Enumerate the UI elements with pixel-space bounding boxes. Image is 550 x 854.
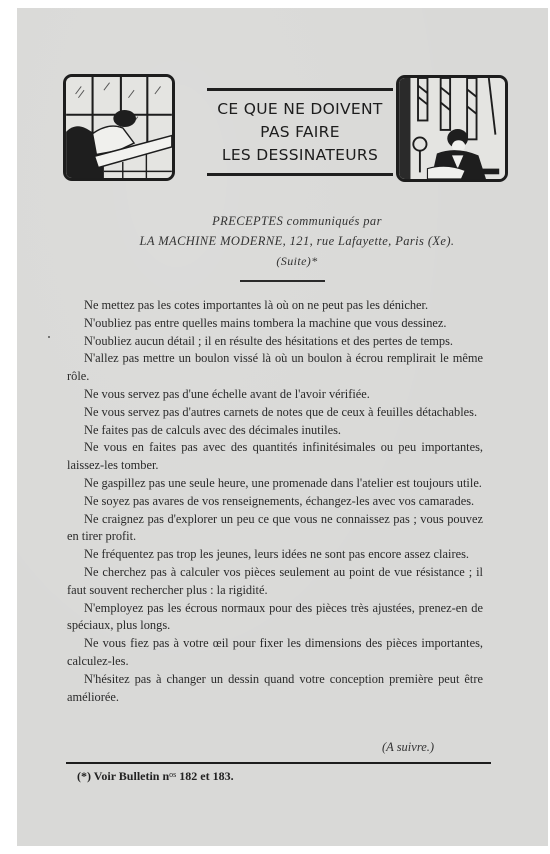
precept-3: N'oubliez aucun détail ; il en résulte d… (67, 333, 483, 351)
title-line-3: LES DESSINATEURS (205, 144, 395, 167)
precept-10: Ne soyez pas avares de vos renseignement… (67, 493, 483, 511)
scanned-page: CE QUE NE DOIVENT PAS FAIRE LES DESSINAT… (17, 8, 548, 846)
footnote: (*) Voir Bulletin nos 182 et 183. (77, 769, 234, 784)
footnote-numbers: 182 et 183. (176, 769, 233, 783)
draftsman-workshop-illustration (396, 75, 508, 182)
footnote-rule (66, 762, 491, 764)
precept-8: Ne vous en faites pas avec des quantités… (67, 439, 483, 475)
article-title: CE QUE NE DOIVENT PAS FAIRE LES DESSINAT… (205, 88, 395, 176)
title-rule-bottom (207, 173, 393, 176)
precept-11: Ne craignez pas d'explorer un peu ce que… (67, 511, 483, 547)
precept-1: Ne mettez pas les cotes importantes là o… (67, 297, 483, 315)
precept-6: Ne vous servez pas d'autres carnets de n… (67, 404, 483, 422)
draftsman-drawing-illustration (63, 74, 175, 181)
section-divider (240, 280, 325, 282)
title-line-2: PAS FAIRE (205, 121, 395, 144)
precept-5: Ne vous servez pas d'une échelle avant d… (67, 386, 483, 404)
scan-speck (245, 303, 247, 305)
precept-14: N'employez pas les écrous normaux pour d… (67, 600, 483, 636)
draftsman-drawing-icon (66, 77, 172, 178)
precept-15: Ne vous fiez pas à votre œil pour fixer … (67, 635, 483, 671)
precept-7: Ne faites pas de calculs avec des décima… (67, 422, 483, 440)
footnote-text: Voir Bulletin n (94, 769, 169, 783)
subtitle-preceptes: PRECEPTES communiqués par (47, 214, 547, 229)
precept-9: Ne gaspillez pas une seule heure, une pr… (67, 475, 483, 493)
title-line-1: CE QUE NE DOIVENT (205, 98, 395, 121)
article-body: Ne mettez pas les cotes importantes là o… (67, 297, 483, 706)
draftsman-workshop-icon (399, 78, 505, 179)
precept-4: N'allez pas mettre un boulon vissé là où… (67, 350, 483, 386)
subtitle-source: LA MACHINE MODERNE, 121, rue Lafayette, … (47, 234, 547, 249)
precept-12: Ne fréquentez pas trop les jeunes, leurs… (67, 546, 483, 564)
precept-2: N'oubliez pas entre quelles mains tomber… (67, 315, 483, 333)
subtitle-suite: (Suite)* (47, 254, 547, 269)
footnote-marker: (*) (77, 769, 91, 783)
precept-16: N'hésitez pas à changer un dessin quand … (67, 671, 483, 707)
continuation-note: (A suivre.) (382, 740, 434, 755)
precept-13: Ne cherchez pas à calculer vos pièces se… (67, 564, 483, 600)
scan-speck (48, 336, 50, 338)
